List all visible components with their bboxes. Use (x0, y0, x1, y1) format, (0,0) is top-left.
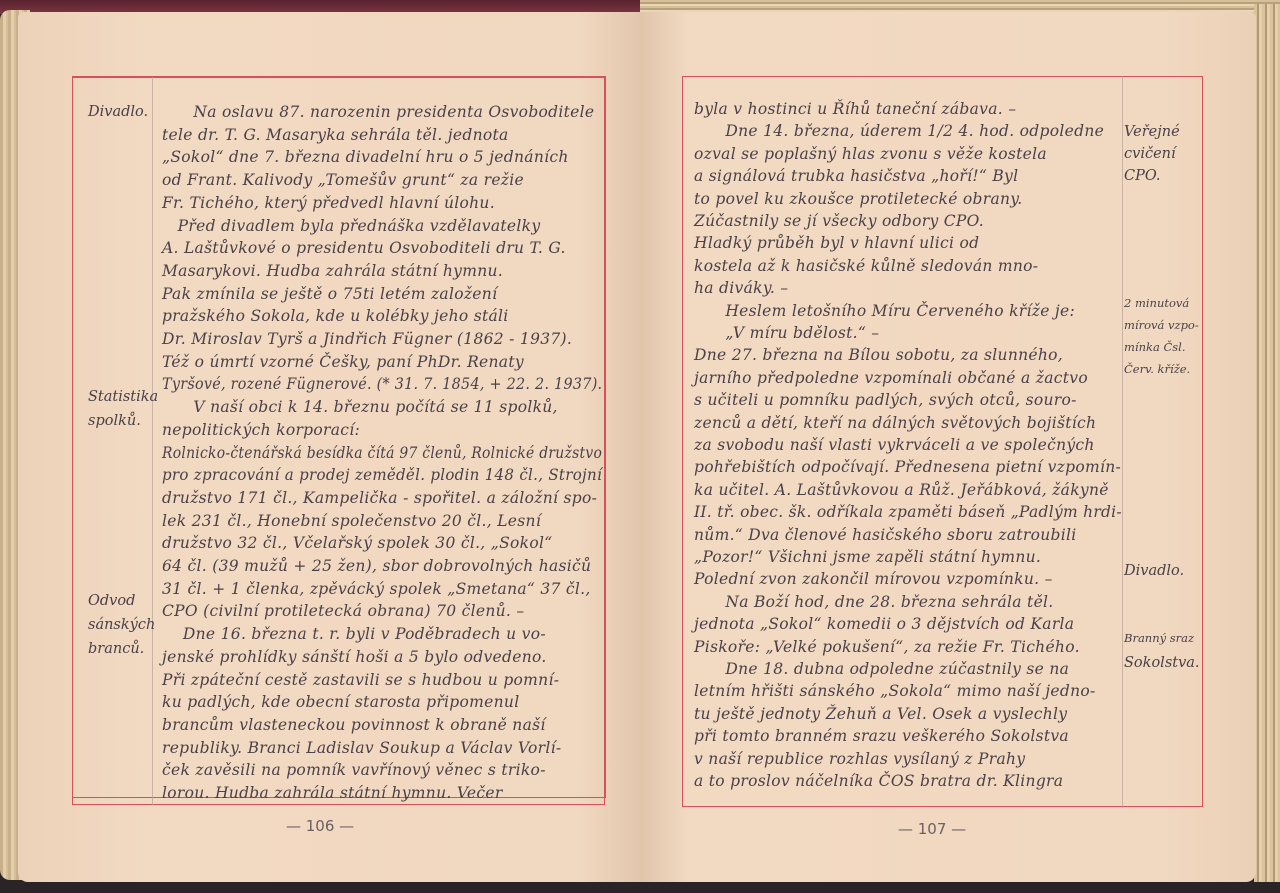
handwritten-line: pro zpracování a prodej zeměděl. plodin … (162, 466, 602, 484)
margin-note: Veřejné (1124, 124, 1180, 140)
margin-note: Divadlo. (88, 104, 148, 120)
handwritten-line: Fr. Tichého, který předvedl hlavní úlohu… (162, 194, 495, 212)
margin-note: Divadlo. (1124, 563, 1184, 579)
handwritten-line: 31 čl. + 1 členka, zpěvácký spolek „Smet… (162, 580, 591, 598)
handwritten-line: jednota „Sokol“ komedii o 3 dějstvích od… (694, 615, 1074, 633)
handwritten-line: tele dr. T. G. Masaryka sehrála těl. jed… (162, 126, 509, 144)
margin-note: Sokolstva. (1124, 655, 1200, 671)
margin-note: mínka Čsl. (1124, 340, 1186, 354)
handwritten-line: nům.“ Dva členové hasičského sboru zatro… (694, 526, 1077, 544)
handwritten-line: jenské prohlídky sánští hoši a 5 bylo od… (162, 648, 547, 666)
handwritten-line: Tyršové, rozené Fügnerové. (* 31. 7. 185… (162, 375, 602, 393)
page-number-left: — 106 — (286, 817, 354, 835)
handwritten-line: Při zpáteční cestě zastavili se s hudbou… (162, 671, 559, 689)
handwritten-line: lek 231 čl., Honební společenstvo 20 čl.… (162, 512, 541, 530)
margin-note: Statistika (88, 389, 158, 405)
handwritten-line: za svobodu naší vlasti vykrváceli a ve s… (694, 436, 1095, 454)
handwritten-line: letním hřišti sánského „Sokola“ mimo naš… (694, 682, 1096, 700)
handwritten-line: Polední zvon zakončil mírovou vzpomínku.… (694, 570, 1053, 588)
margin-note: branců. (88, 641, 144, 657)
handwritten-line: ozval se poplašný hlas zvonu s věže kost… (694, 145, 1047, 163)
margin-note: Odvod (88, 593, 135, 609)
handwritten-line: kostela až k hasičské kůlně sledován mno… (694, 257, 1038, 275)
open-book: Divadlo.Statistikaspolků.Odvodsánskýchbr… (0, 0, 1280, 893)
left-margin-rule (152, 77, 153, 805)
handwritten-line: to povel ku zkoušce protiletecké obrany. (694, 190, 1023, 208)
handwritten-line: ček zavěsili na pomník vavřínový věnec s… (162, 761, 546, 779)
handwritten-line: Na oslavu 87. narozenin presidenta Osvob… (162, 103, 594, 121)
margin-note: sánských (88, 617, 155, 633)
handwritten-line: Rolnicko-čtenářská besídka čítá 97 členů… (162, 444, 602, 462)
handwritten-line: Masarykovi. Hudba zahrála státní hymnu. (162, 262, 503, 280)
page-edges-right (1254, 4, 1280, 882)
handwritten-line: Zúčastnily se jí všecky odbory CPO. (694, 212, 984, 230)
handwritten-line: ha diváky. – (694, 279, 788, 297)
handwritten-line: Dne 18. dubna odpoledne zúčastnily se na (694, 660, 1069, 678)
handwritten-line: byla v hostinci u Říhů taneční zábava. – (694, 100, 1016, 118)
handwritten-line: Dne 14. března, úderem 1/2 4. hod. odpol… (694, 122, 1104, 140)
handwritten-line: družstvo 32 čl., Včelařský spolek 30 čl.… (162, 534, 552, 552)
handwritten-line: v naší republice rozhlas vysílaný z Prah… (694, 750, 1025, 768)
handwritten-line: II. tř. obec. šk. odříkala zpaměti báseň… (694, 503, 1122, 521)
handwritten-line: Pak zmínila se ještě o 75ti letém založe… (162, 285, 497, 303)
margin-note: mírová vzpo- (1124, 318, 1199, 332)
handwritten-line: družstvo 171 čl., Kampeličkа - spořitel.… (162, 489, 597, 507)
handwritten-line: „Pozor!“ Všichni jsme zapěli státní hymn… (694, 548, 1041, 566)
handwritten-line: a signálová trubka hasičstva „hoří!“ Byl (694, 167, 1018, 185)
handwritten-line: Na Boží hod, dne 28. března sehrála těl. (694, 593, 1054, 611)
right-margin-rule (1122, 76, 1123, 808)
margin-note: spolků. (88, 413, 141, 429)
handwritten-line: pražského Sokola, kde u kolébky jeho stá… (162, 307, 509, 325)
handwritten-line: brancům vlasteneckou povinnost k obraně … (162, 716, 546, 734)
handwritten-line: ka učitel. A. Laštůvkovou a Růž. Jeřábko… (694, 481, 1109, 499)
page-number-right: — 107 — (898, 820, 966, 838)
handwritten-line: Dr. Miroslav Tyrš a Jindřich Fügner (186… (162, 330, 572, 348)
handwritten-line: při tomto branném srazu veškerého Sokols… (694, 727, 1069, 745)
handwritten-line: Hladký průběh byl v hlavní ulici od (694, 234, 979, 252)
handwritten-line: a to proslov náčelníka ČOS bratra dr. Kl… (694, 772, 1063, 790)
margin-note: 2 minutová (1124, 296, 1189, 310)
handwritten-line: V naší obci k 14. březnu počítá se 11 sp… (162, 398, 558, 416)
handwritten-line: zenců a dětí, kteří na dálných světových… (694, 414, 1096, 432)
margin-note: CPO. (1124, 168, 1161, 184)
handwritten-line: pohřebištích odpočívají. Přednesena piet… (694, 458, 1121, 476)
handwritten-line: „Sokol“ dne 7. března divadelní hru o 5 … (162, 148, 569, 166)
handwritten-line: lorou. Hudba zahrála státní hymnu. Večer (162, 784, 503, 802)
handwritten-line: nepolitických korporací: (162, 421, 360, 439)
margin-note: Branný sraz (1124, 631, 1194, 645)
handwritten-line: A. Laštůvkové o presidentu Osvoboditeli … (162, 239, 566, 257)
handwritten-line: tu ještě jednoty Žehuň a Vel. Osek a vys… (694, 705, 1067, 723)
handwritten-line: 64 čl. (39 mužů + 25 žen), sbor dobrovol… (162, 557, 591, 575)
handwritten-line: od Frant. Kalivody „Tomešův grunt“ za re… (162, 171, 524, 189)
handwritten-line: republiky. Branci Ladislav Soukup a Václ… (162, 739, 561, 757)
handwritten-line: CPO (civilní protiletecká obrana) 70 čle… (162, 602, 524, 620)
handwritten-line: jarního předpoledne vzpomínali občané a … (694, 369, 1088, 387)
handwritten-line: Dne 27. března na Bílou sobotu, za slunn… (694, 346, 1063, 364)
margin-note: Červ. kříže. (1124, 362, 1190, 376)
margin-note: cvičení (1124, 146, 1176, 162)
handwritten-line: Před divadlem byla přednáška vzdělavatel… (162, 217, 540, 235)
handwritten-line: Heslem letošního Míru Červeného kříže je… (694, 302, 1075, 320)
handwritten-line: „V míru bdělost.“ – (694, 324, 879, 342)
handwritten-line: ku padlých, kde obecní starosta připomen… (162, 693, 519, 711)
handwritten-line: Piskoře: „Velké pokušení“, za režie Fr. … (694, 638, 1080, 656)
handwritten-line: Dne 16. března t. r. byli v Poděbradech … (162, 625, 546, 643)
handwritten-line: Též o úmrtí vzorné Češky, paní PhDr. Ren… (162, 353, 524, 371)
handwritten-line: s učiteli u pomníku padlých, svých otců,… (694, 391, 1077, 409)
